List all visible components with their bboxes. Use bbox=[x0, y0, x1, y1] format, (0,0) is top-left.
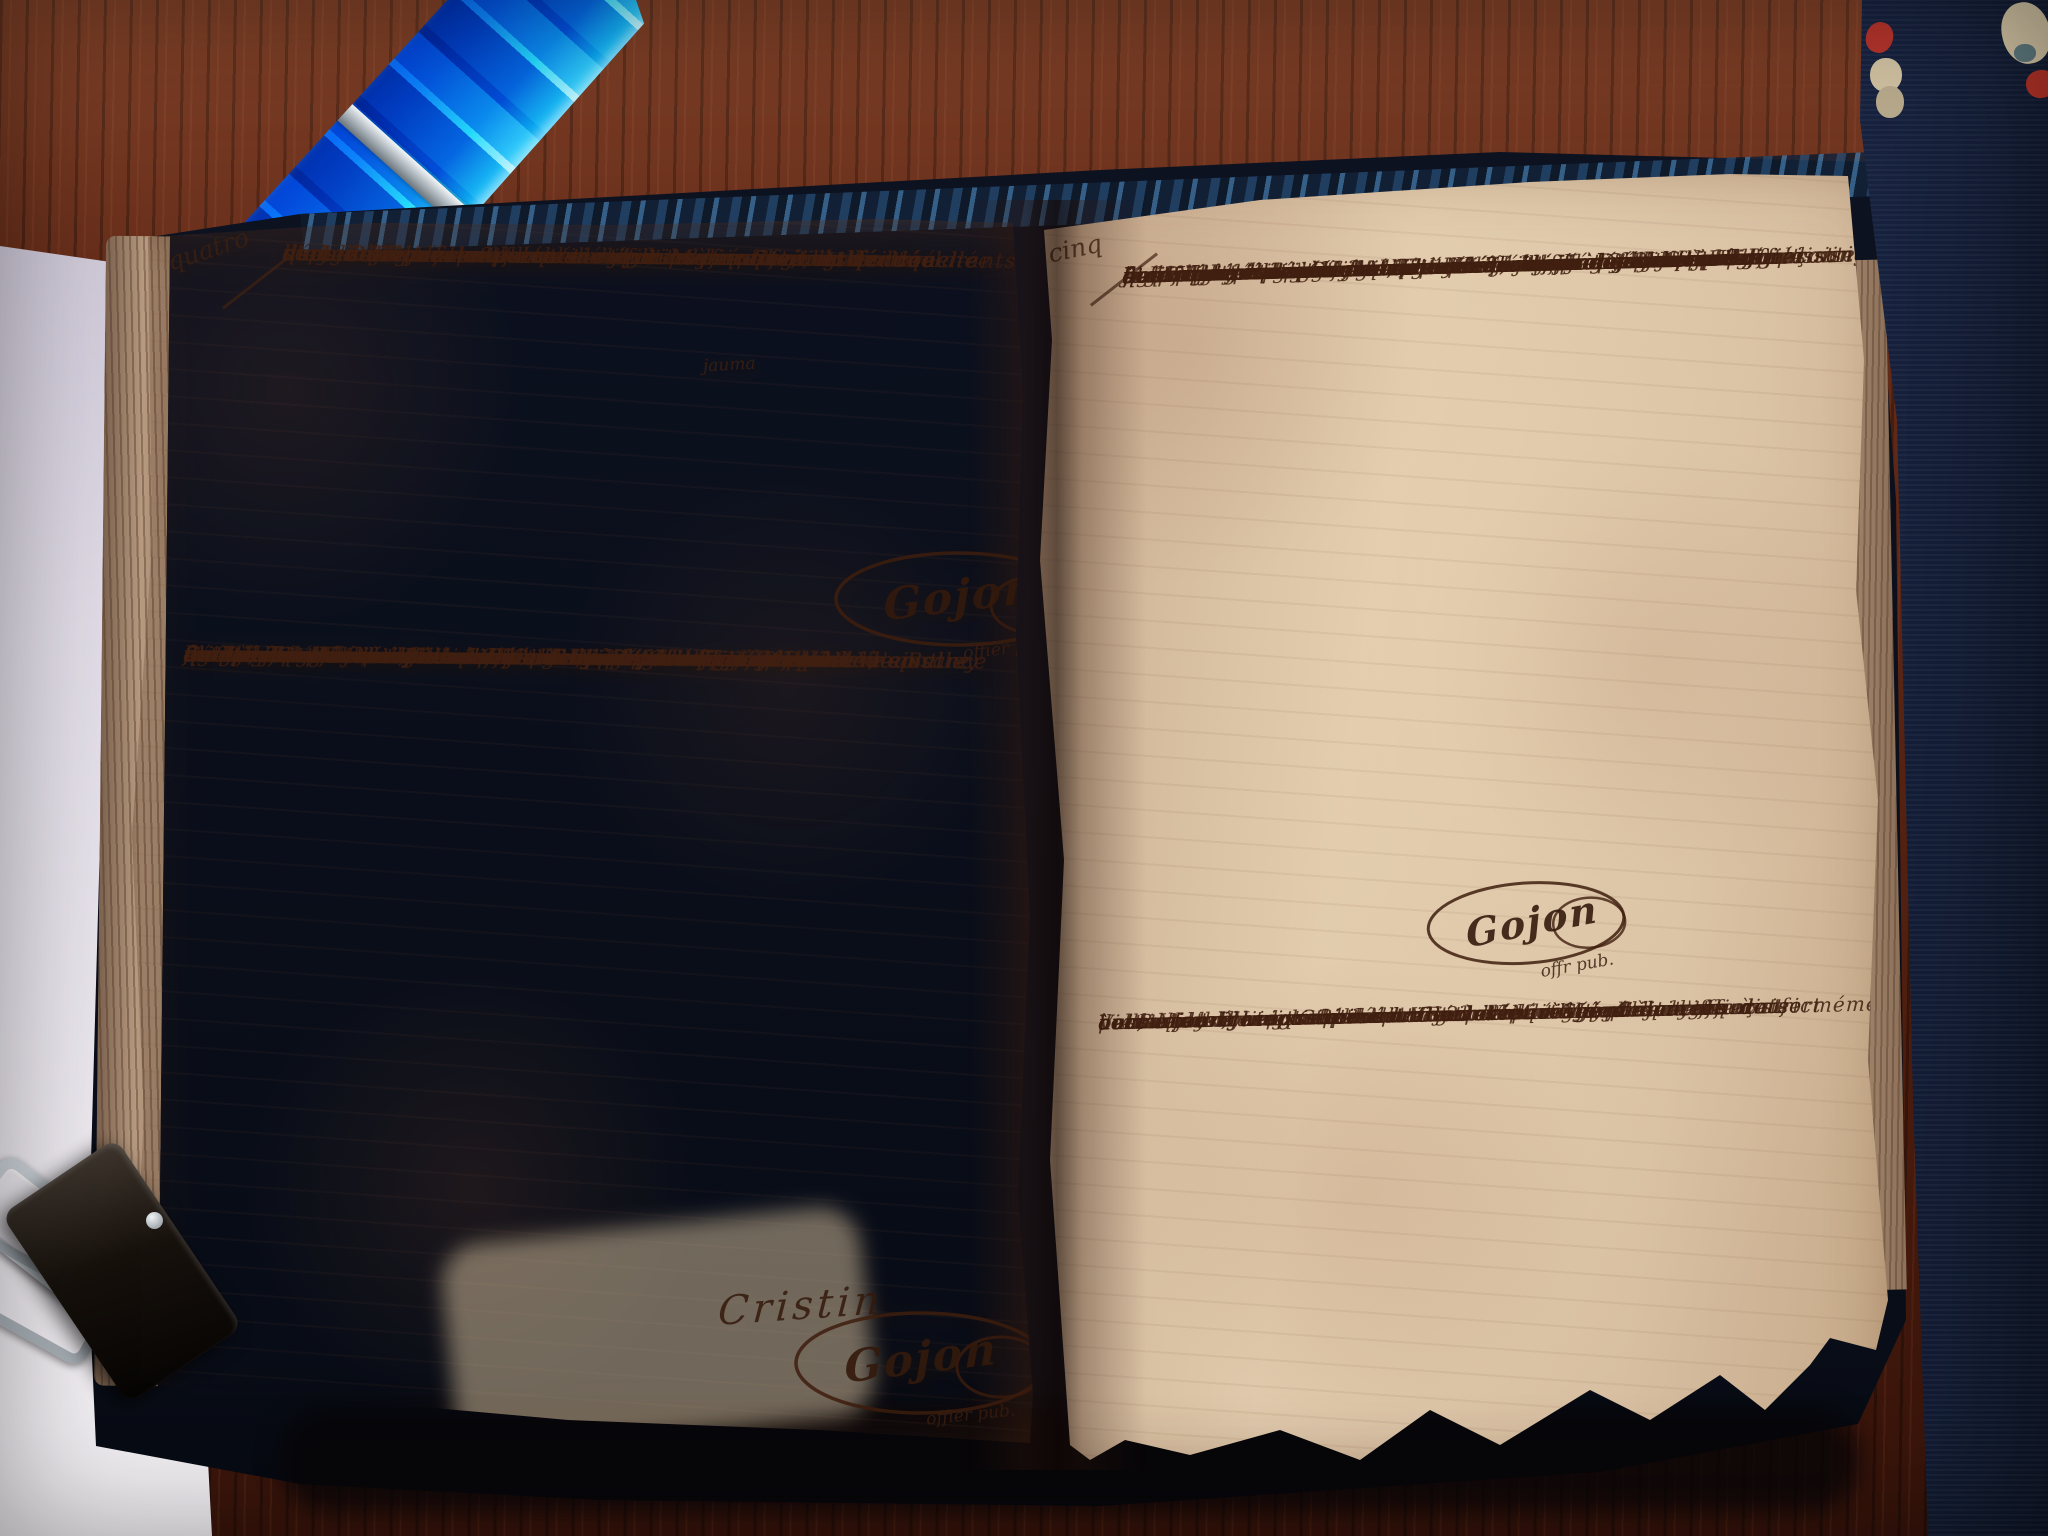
text-line: aud. Vieux, Lesquels m'ont déclaré que J… bbox=[1098, 995, 1680, 1036]
right-page[interactable]: cinq au jourd'hui vingt quatre du mois d… bbox=[1030, 160, 1900, 1480]
fabric-leaf bbox=[2014, 44, 2036, 62]
text-line: être illetrés ainssy qu'ils ont déclaré … bbox=[1122, 243, 1745, 292]
photo-open-register: quatro Lesquels m'ont déclaré que Marie … bbox=[0, 0, 2048, 1536]
left-page[interactable]: quatro Lesquels m'ont déclaré que Marie … bbox=[118, 215, 1048, 1460]
margin-slash bbox=[222, 255, 290, 309]
text-line: qu'ils ont déclaré si ce n'est le père d… bbox=[183, 639, 783, 674]
right-page-texture bbox=[1030, 160, 1900, 1480]
right-paragraph-1: au jourd'hui vingt quatre du mois de mar… bbox=[1122, 239, 1872, 261]
right-page-number-note: cinq bbox=[1046, 229, 1105, 269]
left-paragraph-1: Lesquels m'ont déclaré que Marie Coutant… bbox=[283, 239, 1013, 247]
text-line: n'ayant signé pour ne savoir ainsy qu'il… bbox=[282, 239, 938, 275]
binder-clip-pivot bbox=[146, 1212, 163, 1229]
officer-signature-3: Gojon offr pub. bbox=[1418, 868, 1666, 1004]
interline-insertion: jauma bbox=[703, 354, 757, 377]
fabric-flower-cream bbox=[1876, 86, 1904, 118]
